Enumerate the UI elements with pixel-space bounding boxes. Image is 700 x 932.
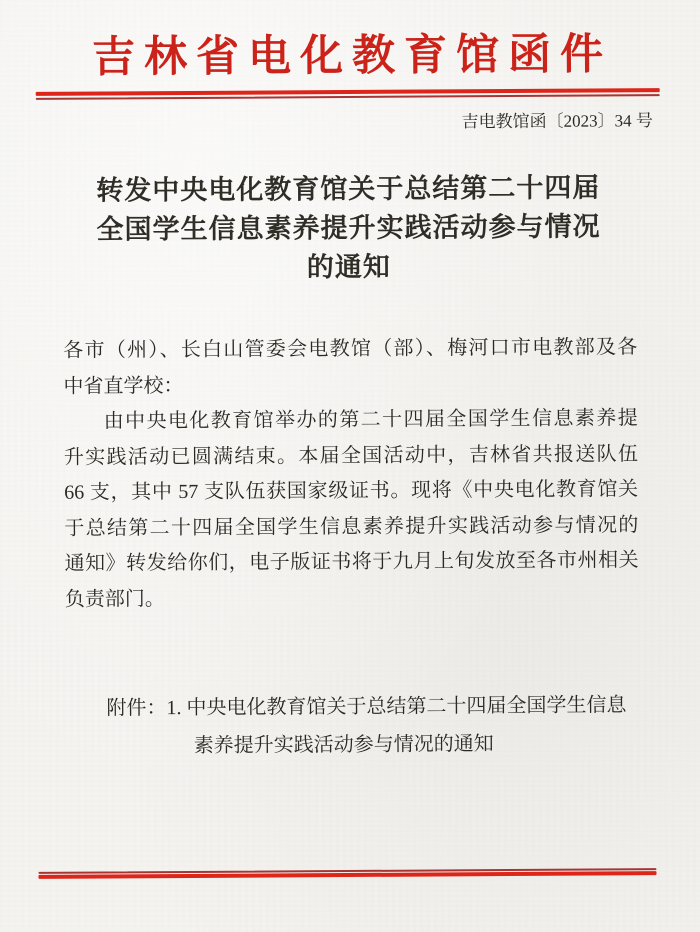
- document-title-line-1: 转发中央电化教育馆关于总结第二十四届: [0, 168, 698, 211]
- document-title-line-2: 全国学生信息素养提升实践活动参与情况: [0, 207, 699, 250]
- body-line-5: 通知》转发给你们，电子版证书将于九月上旬发放至各市州相关: [64, 543, 638, 582]
- document-title: 转发中央电化教育馆关于总结第二十四届 全国学生信息素养提升实践活动参与情况 的通…: [0, 168, 699, 289]
- document-reference-number: 吉电教馆函〔2023〕34 号: [462, 106, 653, 132]
- body-line-4: 于总结第二十四届全国学生信息素养提升实践活动参与情况的: [64, 508, 638, 547]
- scan-content: 吉林省电化教育馆函件 吉电教馆函〔2023〕34 号 转发中央电化教育馆关于总结…: [0, 0, 700, 932]
- header-separator-rule: [36, 88, 660, 100]
- body-line-1: 由中央电化教育馆举办的第二十四届全国学生信息素养提: [64, 401, 638, 440]
- body-line-2: 升实践活动已圆满结束。本届全国活动中，吉林省共报送队伍: [64, 437, 638, 476]
- body-line-6: 负责部门。: [65, 579, 639, 618]
- letterhead-org-title: 吉林省电化教育馆函件: [0, 20, 698, 85]
- footer-separator-rule: [38, 868, 656, 879]
- document-title-line-3: 的通知: [0, 246, 699, 289]
- salutation-line-1: 各市（州）、长白山管委会电教馆（部）、梅河口市电教部及各: [63, 330, 637, 369]
- attachment-line-1: 附件：1. 中央电化教育馆关于总结第二十四届全国学生信息: [106, 688, 626, 725]
- salutation-line-2: 中省直学校：: [63, 366, 637, 405]
- scanned-letter-page: 吉林省电化教育馆函件 吉电教馆函〔2023〕34 号 转发中央电化教育馆关于总结…: [0, 0, 700, 932]
- attachment-line-2: 素养提升实践活动参与情况的通知: [194, 727, 494, 763]
- letter-body: 各市（州）、长白山管委会电教馆（部）、梅河口市电教部及各 中省直学校： 由中央电…: [63, 330, 639, 618]
- body-line-3: 66 支，其中 57 支队伍获国家级证书。现将《中央电化教育馆关: [64, 472, 638, 511]
